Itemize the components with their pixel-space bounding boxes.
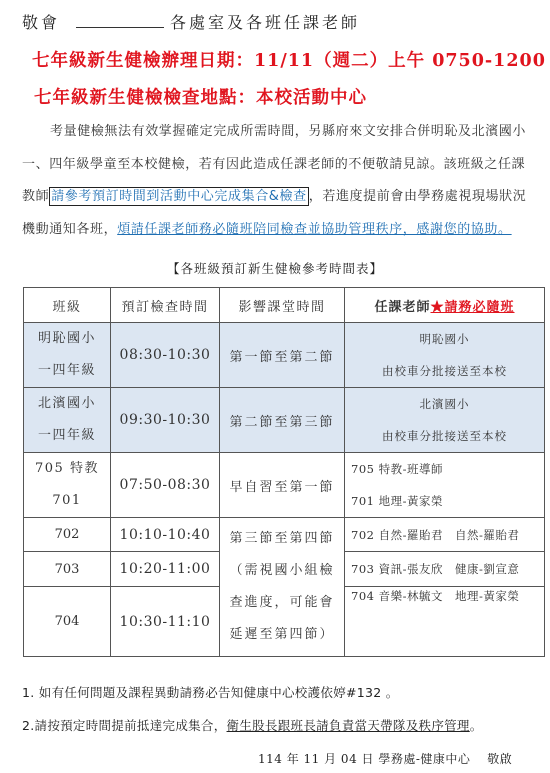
header-class: 班級: [24, 288, 111, 323]
period-line-4: 延遲至第四節）: [220, 619, 344, 651]
teacher-line-1: 明恥國小: [345, 323, 544, 355]
salutation-prefix: 敬會: [22, 13, 60, 32]
signature-line: 114 年 11 月 04 日 學務處-健康中心 敬啟: [258, 750, 512, 767]
salutation-line: 敬會各處室及各班任課老師: [22, 10, 360, 33]
table-row: 明恥國小一四年級 08:30-10:30 第一節至第二節 明恥國小由校車分批接送…: [24, 323, 545, 388]
cell-time: 10:20-11:00: [111, 552, 220, 587]
teacher-line-1: 北濱國小: [345, 388, 544, 420]
table-row: 702 10:10-10:40 第三節至第四節 （需視國小組檢 查進度，可能會 …: [24, 518, 545, 552]
class-line-2: 一四年級: [24, 355, 110, 387]
cell-class: 705 特教701: [24, 453, 111, 518]
cell-class: 北濱國小一四年級: [24, 388, 111, 453]
cell-period: 早自習至第一節: [220, 453, 345, 518]
note-2-underlined: 衛生股長跟班長請負責當天帶隊及秩序管理: [227, 718, 470, 733]
cell-time: 08:30-10:30: [111, 323, 220, 388]
paragraph-line-3: 教師請參考預訂時間到活動中心完成集合&檢查，若進度提前會由學務處視現場狀況: [22, 185, 526, 204]
paragraph-line-2: 一、四年級學童至本校健檢，若有因此造成任課老師的不便敬請見諒。該班級之任課: [22, 153, 525, 172]
salutation-recipients: 各處室及各班任課老師: [170, 13, 360, 32]
cell-teacher: 703 資訊-張友欣 健康-劉宣意: [345, 552, 545, 587]
paragraph-line-3-suffix: ，若進度提前會由學務處視現場狀況: [309, 189, 527, 204]
period-line-3: 查進度，可能會: [220, 587, 344, 619]
class-line-2: 一四年級: [24, 420, 110, 452]
header-teacher: 任課老師★請務必隨班: [345, 288, 545, 323]
header-scheduled-time: 預訂檢查時間: [111, 288, 220, 323]
cell-teacher: 704 音樂-林毓文 地理-黃家榮: [345, 587, 545, 657]
teacher-line-1: 705 特教-班導師: [351, 453, 544, 485]
paragraph-line-3-prefix: 教師: [22, 189, 49, 204]
cell-period-merged: 第三節至第四節 （需視國小組檢 查進度，可能會 延遲至第四節）: [220, 518, 345, 657]
class-line-1: 705 特教: [24, 453, 110, 485]
cell-period: 第一節至第二節: [220, 323, 345, 388]
cell-time: 10:10-10:40: [111, 518, 220, 552]
teacher-request-link[interactable]: 煩請任課老師務必隨班陪同檢查並協助管理秩序，感謝您的協助。: [117, 222, 511, 237]
class-line-1: 北濱國小: [24, 388, 110, 420]
blank-line: [76, 13, 164, 28]
cell-time: 07:50-08:30: [111, 453, 220, 518]
period-line-2: （需視國小組檢: [220, 555, 344, 587]
cell-teacher: 702 自然-羅貽君 自然-羅貽君: [345, 518, 545, 552]
class-line-2: 701: [24, 485, 110, 517]
header-teacher-prefix: 任課老師: [374, 300, 430, 315]
header-teacher-emphasis: ★請務必隨班: [431, 300, 515, 315]
cell-time: 09:30-10:30: [111, 388, 220, 453]
cell-teacher: 明恥國小由校車分批接送至本校: [345, 323, 545, 388]
note-2: 2.請按預定時間提前抵達完成集合，衛生股長跟班長請負責當天帶隊及秩序管理。: [22, 716, 483, 734]
exam-date-line: 七年級新生健檢辦理日期：11/11（週二）上午 0750-1200: [32, 47, 546, 72]
cell-teacher: 705 特教-班導師701 地理-黃家榮: [345, 453, 545, 518]
teacher-line-2: 701 地理-黃家榮: [351, 485, 544, 517]
table-row: 北濱國小一四年級 09:30-10:30 第二節至第三節 北濱國小由校車分批接送…: [24, 388, 545, 453]
note-2-suffix: 。: [470, 718, 483, 733]
teacher-line-2: 由校車分批接送至本校: [345, 355, 544, 387]
cell-class: 703: [24, 552, 111, 587]
boxed-instruction: 請參考預訂時間到活動中心完成集合&檢查: [49, 187, 309, 206]
cell-teacher: 北濱國小由校車分批接送至本校: [345, 388, 545, 453]
teacher-line-2: 由校車分批接送至本校: [345, 420, 544, 452]
cell-period: 第二節至第三節: [220, 388, 345, 453]
paragraph-line-1: 考量健檢無法有效掌握確定完成所需時間，另縣府來文安排合併明恥及北濱國小: [50, 120, 526, 139]
schedule-table: 班級 預訂檢查時間 影響課堂時間 任課老師★請務必隨班 明恥國小一四年級 08:…: [23, 287, 545, 657]
paragraph-line-4-prefix: 機動通知各班，: [22, 222, 117, 237]
paragraph-line-4: 機動通知各班，煩請任課老師務必隨班陪同檢查並協助管理秩序，感謝您的協助。: [22, 218, 512, 237]
cell-time: 10:30-11:10: [111, 587, 220, 657]
period-line-1: 第三節至第四節: [220, 523, 344, 555]
cell-class: 明恥國小一四年級: [24, 323, 111, 388]
exam-location-line: 七年級新生健檢檢查地點：本校活動中心: [34, 84, 367, 109]
header-affected-period: 影響課堂時間: [220, 288, 345, 323]
table-header-row: 班級 預訂檢查時間 影響課堂時間 任課老師★請務必隨班: [24, 288, 545, 323]
note-2-prefix: 2.請按預定時間提前抵達完成集合，: [22, 718, 227, 733]
cell-class: 704: [24, 587, 111, 657]
class-line-1: 明恥國小: [24, 323, 110, 355]
cell-class: 702: [24, 518, 111, 552]
table-title: 【各班級預訂新生健檢參考時間表】: [0, 259, 550, 277]
table-row: 705 特教701 07:50-08:30 早自習至第一節 705 特教-班導師…: [24, 453, 545, 518]
note-1: 1. 如有任何問題及課程異動請務必告知健康中心校護依婷#132 。: [22, 683, 399, 701]
